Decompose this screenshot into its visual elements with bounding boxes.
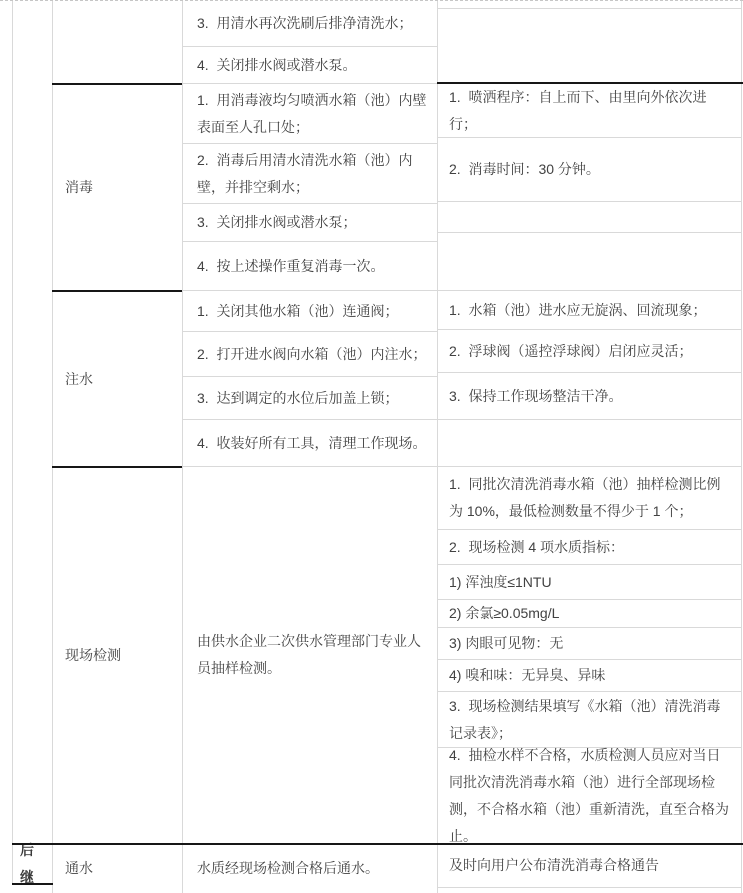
note-empty-cell: [437, 202, 742, 233]
step-item: 4. 关闭排水阀或潜水泵。: [182, 47, 437, 84]
stage-cell-followup: 后继: [12, 844, 52, 884]
section-divider: [52, 466, 182, 468]
procedure-table-page: 后继 消毒 注水 现场检测 通水 3. 用清水再次洗刷后排净清洗水； 4. 关闭…: [0, 0, 743, 893]
note-item: 1. 喷洒程序：自上而下、由里向外依次进行；: [437, 84, 742, 138]
section-divider: [12, 883, 53, 885]
step-item: 2. 消毒后用清水清洗水箱（池）内壁，并排空剩水；: [182, 144, 437, 204]
step-item: 2. 打开进水阀向水箱（池）内注水；: [182, 332, 437, 377]
step-item: 1. 关闭其他水箱（池）连通阀；: [182, 291, 437, 332]
phase-label-water-filling: 注水: [52, 291, 182, 467]
table-cut-edge: [0, 0, 743, 1]
note-item: 3) 肉眼可见物：无: [437, 628, 742, 660]
note-item: 1. 同批次清洗消毒水箱（池）抽样检测比例为 10%，最低检测数量不得少于 1 …: [437, 467, 742, 530]
note-item: 3. 保持工作现场整洁干净。: [437, 373, 742, 420]
procedure-cell-onsite-testing: 由供水企业二次供水管理部门专业人员抽样检测。: [182, 467, 437, 844]
section-divider: [52, 290, 182, 292]
grid-line: [52, 0, 53, 893]
step-item: 3. 达到调定的水位后加盖上锁；: [182, 377, 437, 420]
note-item: 2. 现场检测 4 项水质指标：: [437, 530, 742, 565]
note-empty-cell: [437, 233, 742, 291]
section-divider: [12, 843, 743, 845]
note-empty-cell: [437, 0, 742, 84]
note-item: 2. 浮球阀（遥控浮球阀）启闭应灵活；: [437, 330, 742, 373]
section-divider: [52, 83, 182, 85]
grid-line: [12, 0, 13, 884]
note-empty-cell: [437, 420, 742, 467]
grid-line: [182, 0, 183, 893]
note-item: 1. 水箱（池）进水应无旋涡、回流现象；: [437, 291, 742, 330]
step-item: 4. 收装好所有工具，清理工作现场。: [182, 420, 437, 467]
note-item: 3. 现场检测结果填写《水箱（池）清洗消毒记录表》；: [437, 692, 742, 748]
procedure-cell-water-through: 水质经现场检测合格后通水。: [182, 844, 437, 893]
grid-line: [437, 0, 438, 893]
phase-label-disinfection: 消毒: [52, 84, 182, 291]
grid-line: [741, 0, 742, 893]
step-item: 1. 用消毒液均匀喷洒水箱（池）内壁表面至人孔口处；: [182, 84, 437, 144]
phase-empty-cell: [52, 0, 182, 84]
note-item: 1) 浑浊度≤1NTU: [437, 565, 742, 600]
grid-line: [437, 8, 742, 9]
note-item: 4. 抽检水样不合格，水质检测人员应对当日同批次清洗消毒水箱（池）进行全部现场检…: [437, 748, 742, 844]
section-divider: [437, 82, 743, 84]
step-item: 4. 按上述操作重复消毒一次。: [182, 242, 437, 291]
note-item: 2. 消毒时间：30 分钟。: [437, 138, 742, 202]
note-item: 4) 嗅和味：无异臭、异味: [437, 660, 742, 692]
note-cell-notice: 及时向用户公布清洗消毒合格通告: [437, 844, 742, 888]
step-item: 3. 用清水再次洗刷后排净清洗水；: [182, 0, 437, 47]
note-item: 2) 余氯≥0.05mg/L: [437, 600, 742, 628]
phase-label-onsite-testing: 现场检测: [52, 467, 182, 844]
phase-label-water-through: 通水: [52, 844, 182, 893]
stage-empty-cell: [12, 0, 52, 844]
step-item: 3. 关闭排水阀或潜水泵；: [182, 204, 437, 242]
